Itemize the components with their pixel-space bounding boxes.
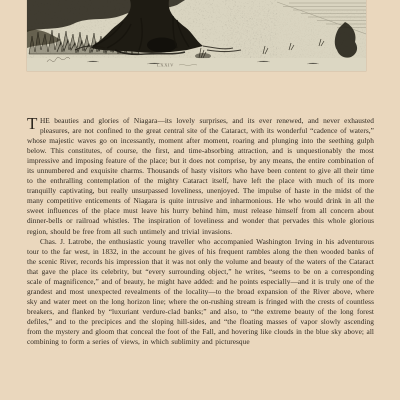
body-text: THE beauties and glories of Niagara—its … bbox=[27, 116, 374, 347]
book-page: LXXIV THE beauties and glories of Niagar… bbox=[0, 0, 400, 400]
foreground-strip bbox=[27, 58, 366, 71]
tree-roots-riverbank-engraving: LXXIV bbox=[27, 0, 366, 71]
paragraph-niagara-beauties: THE beauties and glories of Niagara—its … bbox=[27, 116, 374, 237]
engraving-plate: LXXIV bbox=[27, 0, 366, 71]
plate-number: LXXIV bbox=[157, 63, 174, 68]
paragraph-latrobe: Chas. J. Latrobe, the enthusiastic young… bbox=[27, 237, 374, 348]
